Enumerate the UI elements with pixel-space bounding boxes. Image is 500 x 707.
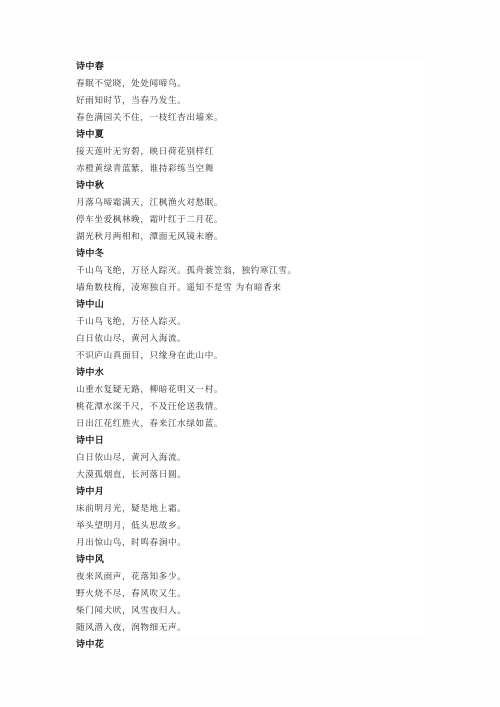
poem-line: 白日依山尽，黄河入海流。 [76, 331, 420, 348]
poem-line: 大漠孤烟直，长河落日圆。 [76, 467, 420, 484]
poem-line: 山重水复疑无路，柳暗花明又一村。 [76, 382, 420, 399]
poem-line: 湖光秋月两相和，潭面无风镜未磨。 [76, 229, 420, 246]
section-water: 诗中水 山重水复疑无路，柳暗花明又一村。 桃花潭水深千尺，不及汪伦送我情。 日出… [76, 365, 420, 433]
poem-line: 月落乌啼霜满天，江枫渔火对愁眠。 [76, 195, 420, 212]
poem-line: 举头望明月，低头思故乡。 [76, 518, 420, 535]
section-heading: 诗中日 [76, 433, 420, 450]
section-flower: 诗中花 [76, 637, 420, 654]
poem-line: 春眠不觉晓，处处闻啼鸟。 [76, 76, 420, 93]
section-heading: 诗中月 [76, 484, 420, 501]
poem-line: 好雨知时节，当春乃发生。 [76, 93, 420, 110]
poem-line: 千山鸟飞绝，万径人踪灭。 [76, 314, 420, 331]
poem-line: 日出江花红胜火，春来江水绿如蓝。 [76, 416, 420, 433]
section-heading: 诗中山 [76, 297, 420, 314]
poem-line: 床前明月光，疑是地上霜。 [76, 501, 420, 518]
section-spring: 诗中春 春眠不觉晓，处处闻啼鸟。 好雨知时节，当春乃发生。 春色满园关不住，一枝… [76, 59, 420, 127]
document-content: 诗中春 春眠不觉晓，处处闻啼鸟。 好雨知时节，当春乃发生。 春色满园关不住，一枝… [76, 59, 420, 654]
poem-line: 月出惊山鸟，时鸣春涧中。 [76, 535, 420, 552]
section-wind: 诗中风 夜来风雨声，花落知多少。 野火烧不尽，春风吹又生。 柴门闻犬吠，风雪夜归… [76, 552, 420, 637]
poem-line: 不识庐山真面目，只缘身在此山中。 [76, 348, 420, 365]
section-moon: 诗中月 床前明月光，疑是地上霜。 举头望明月，低头思故乡。 月出惊山鸟，时鸣春涧… [76, 484, 420, 552]
section-heading: 诗中夏 [76, 127, 420, 144]
section-mountain: 诗中山 千山鸟飞绝，万径人踪灭。 白日依山尽，黄河入海流。 不识庐山真面目，只缘… [76, 297, 420, 365]
section-summer: 诗中夏 接天莲叶无穷碧，映日荷花别样红 赤橙黄绿青蓝紫，谁持彩练当空舞 [76, 127, 420, 178]
section-winter: 诗中冬 千山鸟飞绝，万径人踪灭。孤舟蓑笠翁，独钓寒江雪。 墙角数枝梅，凌寒独自开… [76, 246, 420, 297]
document-page: 诗中春 春眠不觉晓，处处闻啼鸟。 好雨知时节，当春乃发生。 春色满园关不住，一枝… [72, 58, 424, 637]
poem-line: 春色满园关不住，一枝红杏出墙来。 [76, 110, 420, 127]
section-heading: 诗中风 [76, 552, 420, 569]
section-heading: 诗中冬 [76, 246, 420, 263]
poem-line: 墙角数枝梅，凌寒独自开。遥知不是雪 为有暗香来 [76, 280, 420, 297]
section-heading: 诗中春 [76, 59, 420, 76]
poem-line: 夜来风雨声，花落知多少。 [76, 569, 420, 586]
section-autumn: 诗中秋 月落乌啼霜满天，江枫渔火对愁眠。 停车坐爱枫林晚，霜叶红于二月花。 湖光… [76, 178, 420, 246]
poem-line: 柴门闻犬吠，风雪夜归人。 [76, 603, 420, 620]
poem-line: 千山鸟飞绝，万径人踪灭。孤舟蓑笠翁，独钓寒江雪。 [76, 263, 420, 280]
section-sun: 诗中日 白日依山尽，黄河入海流。 大漠孤烟直，长河落日圆。 [76, 433, 420, 484]
poem-line: 随风潜入夜，润物细无声。 [76, 620, 420, 637]
poem-line: 野火烧不尽，春风吹又生。 [76, 586, 420, 603]
poem-line: 赤橙黄绿青蓝紫，谁持彩练当空舞 [76, 161, 420, 178]
poem-line: 停车坐爱枫林晚，霜叶红于二月花。 [76, 212, 420, 229]
section-heading: 诗中花 [76, 637, 420, 654]
poem-line: 桃花潭水深千尺，不及汪伦送我情。 [76, 399, 420, 416]
poem-line: 接天莲叶无穷碧，映日荷花别样红 [76, 144, 420, 161]
section-heading: 诗中秋 [76, 178, 420, 195]
poem-line: 白日依山尽，黄河入海流。 [76, 450, 420, 467]
section-heading: 诗中水 [76, 365, 420, 382]
